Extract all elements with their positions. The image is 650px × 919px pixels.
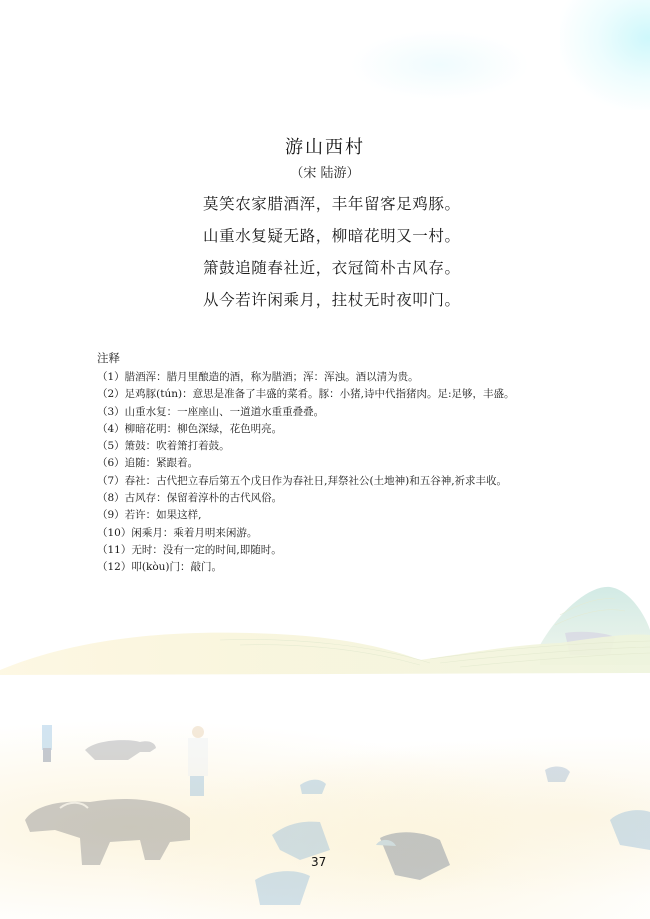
- annotation-item: （10）闲乘月：乘着月明来闲游。: [97, 525, 515, 542]
- annotation-item: （5）箫鼓：吹着箫打着鼓。: [97, 438, 515, 455]
- annotation-item: （8）古风存：保留着淳朴的古代风俗。: [97, 490, 515, 507]
- annotation-item: （3）山重水复：一座座山、一道道水重重叠叠。: [97, 404, 515, 421]
- textbook-page: 游山西村 （宋 陆游） 莫笑农家腊酒浑，丰年留客足鸡豚。 山重水复疑无路，柳暗花…: [0, 0, 650, 919]
- annotation-item: （6）追随：紧跟着。: [97, 455, 515, 472]
- annotation-item: （11）无时：没有一定的时间,即随时。: [97, 542, 515, 559]
- annotation-item: （4）柳暗花明：柳色深绿，花色明亮。: [97, 421, 515, 438]
- poem-author: （宋 陆游）: [0, 162, 650, 181]
- poem-line: 箫鼓追随春社近，衣冠简朴古风存。: [203, 252, 461, 284]
- sky-wash-decoration-2: [350, 30, 530, 100]
- annotation-item: （7）春社：古代把立春后第五个戊日作为春社日,拜祭社公(土地神)和五谷神,祈求丰…: [97, 473, 515, 490]
- annotation-item: （1）腊酒浑：腊月里酿造的酒，称为腊酒；浑：浑浊。酒以清为贵。: [97, 369, 515, 386]
- page-number: 37: [311, 855, 326, 869]
- terraced-hills-illustration: [0, 575, 650, 695]
- farmers-buffalo-illustration: [0, 690, 650, 919]
- poem-line: 从今若许闲乘月，拄杖无时夜叩门。: [203, 284, 461, 316]
- poem-line: 山重水复疑无路，柳暗花明又一村。: [203, 220, 461, 252]
- annotation-item: （12）叩(kòu)门：敲门。: [97, 559, 515, 576]
- annotation-item: （9）若许：如果这样,: [97, 507, 515, 524]
- annotations-list: （1）腊酒浑：腊月里酿造的酒，称为腊酒；浑：浑浊。酒以清为贵。 （2）足鸡豚(t…: [97, 369, 515, 577]
- annotations-heading: 注释: [97, 351, 515, 366]
- annotations-section: 注释 （1）腊酒浑：腊月里酿造的酒，称为腊酒；浑：浑浊。酒以清为贵。 （2）足鸡…: [97, 351, 515, 577]
- poem-line: 莫笑农家腊酒浑，丰年留客足鸡豚。: [203, 188, 461, 220]
- annotation-item: （2）足鸡豚(tún)：意思是准备了丰盛的菜肴。豚：小猪,诗中代指猪肉。足:足够…: [97, 386, 515, 403]
- poem-title: 游山西村: [0, 133, 650, 159]
- sky-wash-decoration: [560, 0, 650, 110]
- poem-body: 莫笑农家腊酒浑，丰年留客足鸡豚。 山重水复疑无路，柳暗花明又一村。 箫鼓追随春社…: [203, 188, 461, 316]
